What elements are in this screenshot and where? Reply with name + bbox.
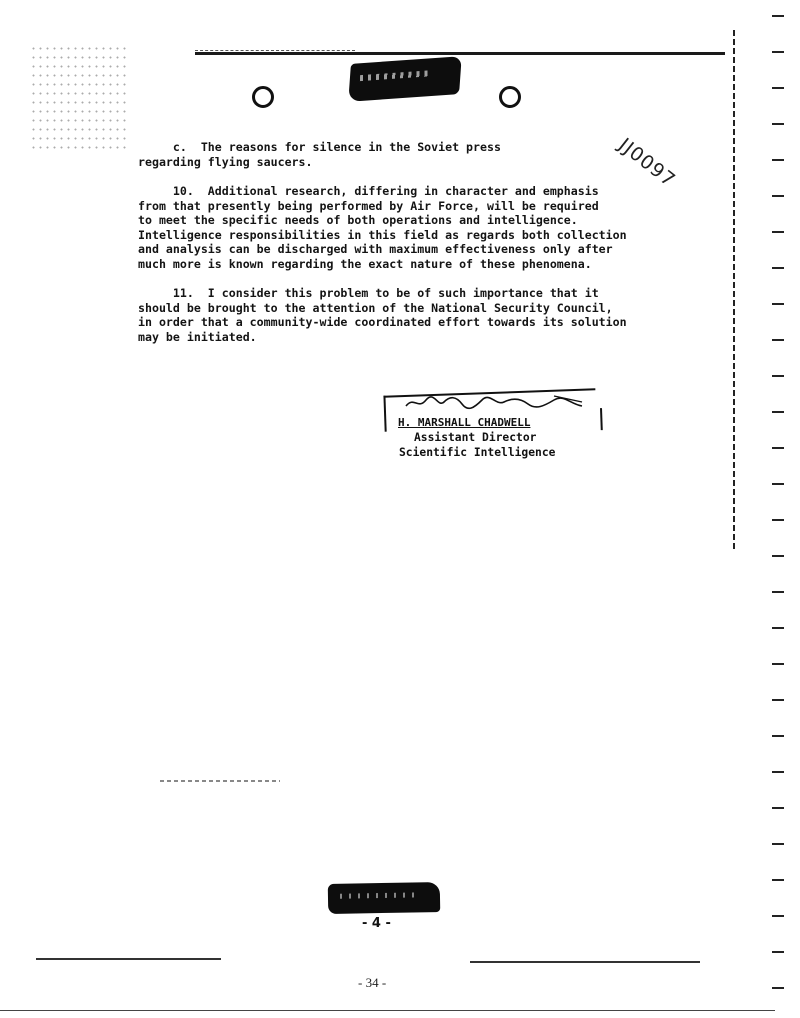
- bottom-rule-right: [470, 961, 700, 963]
- margin-tick: [772, 303, 784, 305]
- text-line: 11. I consider this problem to be of suc…: [138, 286, 678, 301]
- margin-tick: [772, 771, 784, 773]
- margin-vertical-rule: [733, 30, 735, 550]
- margin-tick: [772, 879, 784, 881]
- text-line: in order that a community-wide coordinat…: [138, 315, 678, 330]
- page-number: - 34 -: [358, 975, 386, 991]
- margin-tick: [772, 807, 784, 809]
- margin-tick: [772, 735, 784, 737]
- scan-noise: [30, 44, 130, 154]
- margin-tick: [772, 447, 784, 449]
- text-line: to meet the specific needs of both opera…: [138, 213, 678, 228]
- margin-tick: [772, 411, 784, 413]
- text-line: and analysis can be discharged with maxi…: [138, 242, 678, 257]
- paragraph-c: c. The reasons for silence in the Soviet…: [138, 140, 678, 169]
- text-line: may be initiated.: [138, 330, 678, 345]
- text-line: 10. Additional research, differing in ch…: [138, 184, 678, 199]
- text-line: much more is known regarding the exact n…: [138, 257, 678, 272]
- paragraph-10: 10. Additional research, differing in ch…: [138, 184, 678, 272]
- signer-title: Assistant Director: [414, 431, 536, 444]
- margin-tick: [772, 915, 784, 917]
- text-line: regarding flying saucers.: [138, 155, 678, 170]
- margin-tick: [772, 555, 784, 557]
- margin-tick: [772, 51, 784, 53]
- margin-tick: [772, 267, 784, 269]
- margin-tick: [772, 375, 784, 377]
- margin-tick: [772, 339, 784, 341]
- margin-tick: [772, 627, 784, 629]
- text-line: c. The reasons for silence in the Soviet…: [138, 140, 678, 155]
- margin-tick: [772, 123, 784, 125]
- text-line: Intelligence responsibilities in this fi…: [138, 228, 678, 243]
- margin-tick: [772, 231, 784, 233]
- margin-tick: [772, 519, 784, 521]
- top-rule: [195, 52, 725, 55]
- paragraph-11: 11. I consider this problem to be of suc…: [138, 286, 678, 344]
- signer-department: Scientific Intelligence: [399, 446, 555, 459]
- bottom-rule-left: [36, 958, 221, 960]
- inner-page-number: - 4 -: [362, 916, 391, 931]
- margin-tick: [772, 843, 784, 845]
- footer-rule: [0, 1010, 775, 1011]
- redaction-bottom: [328, 882, 441, 914]
- margin-tick: [772, 195, 784, 197]
- margin-tick: [772, 483, 784, 485]
- document-page: JJ0097 c. The reasons for silence in the…: [0, 0, 800, 1018]
- margin-tick: [772, 663, 784, 665]
- signer-name: H. MARSHALL CHADWELL: [398, 416, 530, 429]
- margin-tick: [772, 951, 784, 953]
- punch-hole-right: [499, 86, 521, 108]
- handwritten-signature: [404, 392, 584, 412]
- text-line: should be brought to the attention of th…: [138, 301, 678, 316]
- faint-scan-line: [160, 780, 280, 782]
- margin-tick: [772, 591, 784, 593]
- redaction-top: [348, 56, 461, 102]
- punch-hole-left: [252, 86, 274, 108]
- margin-tick: [772, 987, 784, 989]
- margin-tick: [772, 699, 784, 701]
- text-line: from that presently being performed by A…: [138, 199, 678, 214]
- margin-tick: [772, 15, 784, 17]
- margin-tick: [772, 159, 784, 161]
- margin-tick: [772, 87, 784, 89]
